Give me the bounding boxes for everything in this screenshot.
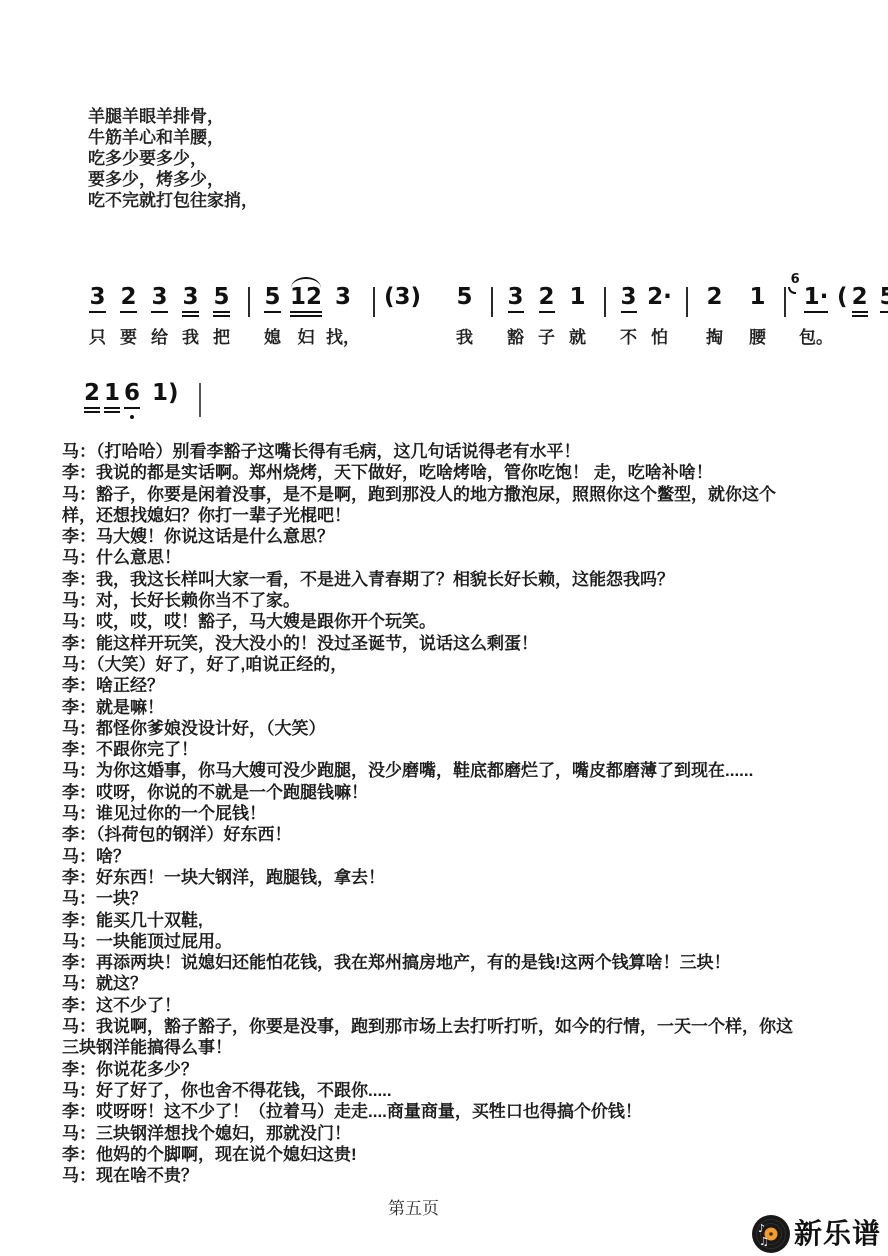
dialogue-line: 样，还想找媳妇？你打一辈子光棍吧！ bbox=[62, 505, 793, 526]
jianpu-note: 3 bbox=[621, 286, 637, 318]
verse-line: 要多少，烤多少， bbox=[88, 169, 258, 190]
dialogue-line: 李：哎呀呀！这不少了！（拉着马）走走....商量商量，买牲口也得搞个价钱！ bbox=[62, 1101, 793, 1122]
lyric-syllable: 只 bbox=[84, 323, 111, 348]
jianpu-note: 5 bbox=[880, 286, 888, 318]
dialogue-line: 马：哎，哎，哎！豁子，马大嫂是跟你开个玩笑。 bbox=[62, 611, 793, 632]
jianpu-note: 2 bbox=[120, 286, 136, 318]
music-notation-line-1: 3只2要3给3我5把5媳12妇3找，(3)5我3豁2子1就3不2·怕2掏1腰1·… bbox=[84, 286, 888, 348]
jianpu-note: 2 bbox=[84, 382, 100, 414]
note-column: 3给 bbox=[146, 286, 173, 348]
dialogue-line: 李：能买几十双鞋, bbox=[62, 910, 793, 931]
jianpu-note: 1·6 bbox=[804, 286, 829, 318]
jianpu-note: ( bbox=[837, 286, 848, 318]
note-column: 5 bbox=[880, 286, 888, 318]
jianpu-note: 1 bbox=[750, 286, 766, 318]
slur-arc bbox=[291, 277, 321, 288]
lyric-syllable: 把 bbox=[208, 323, 235, 348]
dialogue-line: 三块钢洋能搞得么事！ bbox=[62, 1037, 793, 1058]
dialogue-line: 李：就是嘛！ bbox=[62, 697, 793, 718]
note-column: 2 bbox=[84, 382, 100, 414]
jianpu-note: 3 bbox=[151, 286, 167, 318]
lyric-syllable: 我 bbox=[177, 323, 204, 348]
dialogue-line: 马：豁子，你要是闲着没事，是不是啊，跑到那没人的地方撒泡尿，照照你这个鳖型，就你… bbox=[62, 484, 793, 505]
jianpu-note: 1 bbox=[104, 382, 120, 414]
dialogue-line: 马：三块钢洋想找个媳妇，那就没门！ bbox=[62, 1123, 793, 1144]
barline bbox=[373, 287, 375, 317]
note-column: ( bbox=[837, 286, 848, 318]
dialogue-line: 马：一块能顶过屁用。 bbox=[62, 931, 793, 952]
dialogue-line: 李：我说的都是实话啊。郑州烧烤，天下做好，吃啥烤啥，管你吃饱！ 走，吃啥补啥！ bbox=[62, 462, 793, 483]
note-column: 5把 bbox=[208, 286, 235, 348]
dialogue-line: 李：（抖荷包的钢洋）好东西！ bbox=[62, 824, 793, 845]
barline bbox=[686, 287, 688, 317]
verse-line: 牛筋羊心和羊腰， bbox=[88, 127, 258, 148]
jianpu-note: 1 bbox=[570, 286, 586, 318]
verse-lyrics: 羊腿羊眼羊排骨，牛筋羊心和羊腰，吃多少要多少，要多少，烤多少，吃不完就打包往家捎… bbox=[88, 106, 258, 211]
note-column: 2·怕 bbox=[646, 286, 673, 348]
music-note-icon: ♫ bbox=[759, 1235, 769, 1248]
note-column: 12妇 bbox=[290, 286, 322, 348]
dialogue-line: 李：他妈的个脚啊，现在说个媳妇这贵! bbox=[62, 1144, 793, 1165]
grace-note: 6 bbox=[791, 273, 800, 294]
jianpu-note: 2· bbox=[647, 286, 672, 318]
jianpu-note: 2 bbox=[852, 286, 868, 318]
vinyl-record-icon: ♪ ♫ bbox=[752, 1215, 790, 1253]
dialogue-line: 马：（大笑）好了，好了,咱说正经的， bbox=[62, 654, 793, 675]
octave-dot bbox=[130, 415, 134, 419]
dialogue-script: 马：（打哈哈）别看李豁子这嘴长得有毛病，这几句话说得老有水平！李：我说的都是实话… bbox=[62, 441, 793, 1186]
jianpu-note: 5 bbox=[213, 286, 229, 318]
dialogue-line: 李：能这样开玩笑，没大没小的！没过圣诞节，说话这么剩蛋！ bbox=[62, 633, 793, 654]
dialogue-line: 马：谁见过你的一个屁钱！ bbox=[62, 803, 793, 824]
note-column: 1) bbox=[152, 382, 179, 414]
jianpu-note: 3 bbox=[89, 286, 105, 318]
barline bbox=[784, 287, 786, 317]
jianpu-note: 2 bbox=[707, 286, 723, 318]
dialogue-line: 李：马大嫂！你说这话是什么意思？ bbox=[62, 526, 793, 547]
note-column: 5我 bbox=[451, 286, 478, 348]
barline bbox=[199, 383, 201, 417]
lyric-syllable: 豁 bbox=[502, 323, 529, 348]
lyric-syllable: 媳 bbox=[259, 323, 286, 348]
lyric-syllable: 包。 bbox=[799, 323, 833, 348]
lyric-syllable: 就 bbox=[564, 323, 591, 348]
music-notation-line-2: 2161) bbox=[84, 382, 210, 417]
note-column: 3豁 bbox=[502, 286, 529, 348]
jianpu-note: 3 bbox=[182, 286, 198, 318]
dialogue-line: 李：这不少了！ bbox=[62, 995, 793, 1016]
dialogue-line: 马：（打哈哈）别看李豁子这嘴长得有毛病，这几句话说得老有水平！ bbox=[62, 441, 793, 462]
note-column: 2 bbox=[852, 286, 868, 318]
barline bbox=[604, 287, 606, 317]
lyric-syllable: 妇 bbox=[293, 323, 320, 348]
lyric-syllable: 怕 bbox=[646, 323, 673, 348]
note-column: 1腰 bbox=[744, 286, 771, 348]
lyric-syllable: 腰 bbox=[744, 323, 771, 348]
note-column: 1就 bbox=[564, 286, 591, 348]
jianpu-note: 3 bbox=[508, 286, 524, 318]
lyric-syllable: 要 bbox=[115, 323, 142, 348]
dialogue-line: 马：一块？ bbox=[62, 888, 793, 909]
jianpu-note: 2 bbox=[539, 286, 555, 318]
note-column: 5媳 bbox=[259, 286, 286, 348]
note-column: 3我 bbox=[177, 286, 204, 348]
jianpu-note: (3) bbox=[384, 286, 421, 318]
note-column: 3不 bbox=[615, 286, 642, 348]
note-column: 3只 bbox=[84, 286, 111, 348]
jianpu-note: 12 bbox=[290, 286, 322, 318]
note-column: 6 bbox=[124, 382, 140, 414]
dialogue-line: 李：好东西！一块大钢洋，跑腿钱，拿去！ bbox=[62, 867, 793, 888]
barline bbox=[491, 287, 493, 317]
jianpu-note: 5 bbox=[457, 286, 473, 318]
brand-name: 新乐谱 bbox=[794, 1215, 881, 1253]
jianpu-note: 1) bbox=[152, 382, 179, 414]
dialogue-line: 马：啥？ bbox=[62, 846, 793, 867]
jianpu-note: 3 bbox=[335, 286, 351, 318]
dialogue-line: 马：好了好了，你也舍不得花钱，不跟你..... bbox=[62, 1080, 793, 1101]
lyric-syllable: 找， bbox=[326, 323, 360, 348]
note-column: 1·6包。 bbox=[799, 286, 833, 348]
jianpu-note: 5 bbox=[264, 286, 280, 318]
lyric-syllable: 不 bbox=[615, 323, 642, 348]
brand-logo: ♪ ♫ 新乐谱 bbox=[752, 1215, 881, 1253]
lyric-syllable: 给 bbox=[146, 323, 173, 348]
note-column: 2子 bbox=[533, 286, 560, 348]
note-column: 3找， bbox=[326, 286, 360, 348]
lyric-syllable: 我 bbox=[451, 323, 478, 348]
music-note-icon: ♪ bbox=[758, 1222, 765, 1235]
dialogue-line: 李：再添两块！说媳妇还能怕花钱，我在郑州搞房地产，有的是钱!这两个钱算啥！三块！ bbox=[62, 952, 793, 973]
dialogue-line: 李：哎呀，你说的不就是一个跑腿钱嘛！ bbox=[62, 782, 793, 803]
dialogue-line: 马：都怪你爹娘没设计好，（大笑） bbox=[62, 718, 793, 739]
dialogue-line: 李：你说花多少？ bbox=[62, 1059, 793, 1080]
page-number: 第五页 bbox=[388, 1194, 439, 1219]
dialogue-line: 马：就这？ bbox=[62, 973, 793, 994]
dialogue-line: 马：现在啥不贵？ bbox=[62, 1165, 793, 1186]
verse-line: 吃不完就打包往家捎， bbox=[88, 190, 258, 211]
dialogue-line: 马：我说啊，豁子豁子，你要是没事，跑到那市场上去打听打听，如今的行情，一天一个样… bbox=[62, 1016, 793, 1037]
lyric-syllable: 子 bbox=[533, 323, 560, 348]
dialogue-line: 李：我，我这长样叫大家一看，不是进入青春期了？相貌长好长赖，这能怨我吗？ bbox=[62, 569, 793, 590]
barline bbox=[248, 287, 250, 317]
note-column: 1 bbox=[104, 382, 120, 414]
verse-line: 吃多少要多少， bbox=[88, 148, 258, 169]
verse-line: 羊腿羊眼羊排骨， bbox=[88, 106, 258, 127]
dialogue-line: 马：为你这婚事，你马大嫂可没少跑腿，没少磨嘴，鞋底都磨烂了，嘴皮都磨薄了到现在.… bbox=[62, 760, 793, 781]
dialogue-line: 李：啥正经？ bbox=[62, 675, 793, 696]
dialogue-line: 李：不跟你完了！ bbox=[62, 739, 793, 760]
note-column: 2掏 bbox=[701, 286, 728, 348]
dialogue-line: 马：对，长好长赖你当不了家。 bbox=[62, 590, 793, 611]
jianpu-note: 6 bbox=[124, 382, 140, 414]
lyric-syllable: 掏 bbox=[701, 323, 728, 348]
dialogue-line: 马：什么意思！ bbox=[62, 547, 793, 568]
note-column: (3) bbox=[384, 286, 421, 323]
note-column: 2要 bbox=[115, 286, 142, 348]
